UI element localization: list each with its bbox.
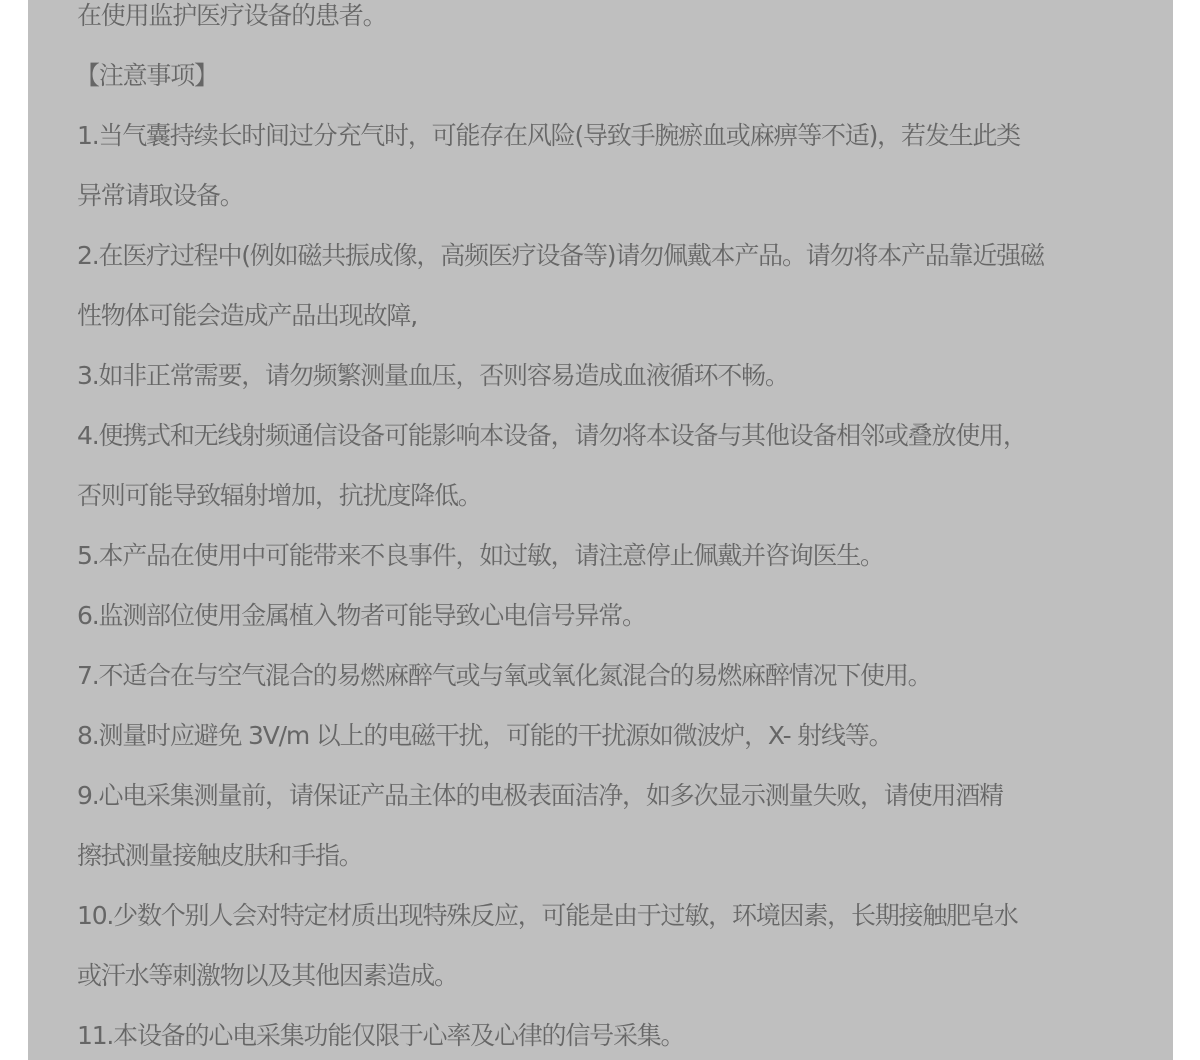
precaution-item-2-line-1: 2.在医疗过程中(例如磁共振成像，高频医疗设备等)请勿佩戴本产品。请勿将本产品靠…: [77, 226, 1157, 286]
precaution-item-7-line-1: 7.不适合在与空气混合的易燃麻醉气或与氧或氧化氮混合的易燃麻醉情况下使用。: [77, 646, 1157, 706]
intro-tail-text: 在使用监护医疗设备的患者。: [77, 0, 1157, 46]
precaution-item-9-line-1: 9.心电采集测量前，请保证产品主体的电极表面洁净，如多次显示测量失败，请使用酒精: [77, 766, 1157, 826]
precaution-item-2-line-2: 性物体可能会造成产品出现故障,: [77, 286, 1157, 346]
precaution-item-8-line-1: 8.测量时应避免 3V/m 以上的电磁干扰，可能的干扰源如微波炉，X- 射线等。: [77, 706, 1157, 766]
precaution-item-4-line-1: 4.便携式和无线射频通信设备可能影响本设备，请勿将本设备与其他设备相邻或叠放使用…: [77, 406, 1157, 466]
precaution-item-5-line-1: 5.本产品在使用中可能带来不良事件，如过敏，请注意停止佩戴并咨询医生。: [77, 526, 1157, 586]
section-title: 【注意事项】: [75, 46, 1157, 106]
precaution-item-6-line-1: 6.监测部位使用金属植入物者可能导致心电信号异常。: [77, 586, 1157, 646]
precaution-item-9-line-2: 擦拭测量接触皮肤和手指。: [77, 826, 1157, 886]
document-panel: 在使用监护医疗设备的患者。 【注意事项】 1.当气囊持续长时间过分充气时，可能存…: [28, 0, 1173, 1060]
precaution-item-10-line-2: 或汗水等刺激物以及其他因素造成。: [77, 946, 1157, 1006]
precaution-item-3-line-1: 3.如非正常需要，请勿频繁测量血压，否则容易造成血液循环不畅。: [77, 346, 1157, 406]
precaution-item-1-line-2: 异常请取设备。: [77, 166, 1157, 226]
precaution-item-10-line-1: 10.少数个别人会对特定材质出现特殊反应，可能是由于过敏，环境因素，长期接触肥皂…: [77, 886, 1157, 946]
precaution-item-11-line-1: 11.本设备的心电采集功能仅限于心率及心律的信号采集。: [77, 1006, 1157, 1060]
precaution-item-1-line-1: 1.当气囊持续长时间过分充气时，可能存在风险(导致手腕瘀血或麻痹等不适)，若发生…: [77, 106, 1157, 166]
precautions-text: 在使用监护医疗设备的患者。 【注意事项】 1.当气囊持续长时间过分充气时，可能存…: [77, 0, 1157, 1060]
precaution-item-4-line-2: 否则可能导致辐射增加，抗扰度降低。: [77, 466, 1157, 526]
